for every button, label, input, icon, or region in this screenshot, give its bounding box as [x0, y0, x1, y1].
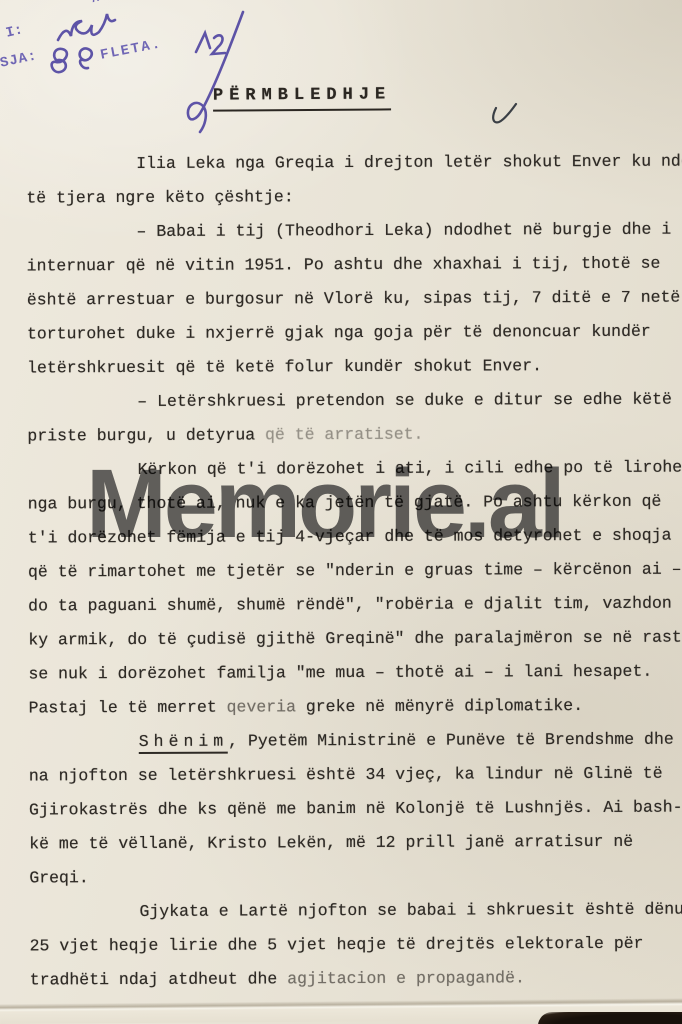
- document-line: letërshkruesit që të ketë folur kundër s…: [27, 349, 682, 386]
- document-line: se nuk i dorëzohet familja "me mua – tho…: [28, 655, 682, 692]
- document-body: Ilia Leka nga Greqia i drejton letër sho…: [26, 145, 682, 998]
- document-page: AN I: SJA: FLETA. PËRMBLEDHJE Ilia Leka …: [0, 0, 682, 1024]
- document-line: – Letërshkruesi pretendon se duke e ditu…: [27, 383, 682, 420]
- document-line: Pastaj le të merret qeveria greke në mën…: [29, 689, 682, 726]
- document-line: nga burgu, thotë ai, nuk e ka jetën të g…: [28, 485, 682, 522]
- check-mark-icon: [460, 90, 540, 140]
- document-line: Gjirokastrës dhe ks qënë me banim në Kol…: [29, 791, 682, 828]
- document-line: që të rimartohet me tjetër se "nderin e …: [28, 553, 682, 590]
- document-line: na njofton se letërshkruesi është 34 vje…: [29, 757, 682, 794]
- document-line: kë me të vëllanë, Kristo Lekën, më 12 pr…: [29, 825, 682, 862]
- document-line: internuar që në vitin 1951. Po ashtu dhe…: [27, 247, 682, 284]
- document-line: tradhëti ndaj atdheut dhe agjitacion e p…: [30, 961, 682, 998]
- document-line: Kërkon që t'i dorëzohet i ati, i cili ed…: [27, 451, 682, 488]
- document-line: do ta paguani shumë, shumë rëndë", "robë…: [28, 587, 682, 624]
- document-line: torturohet duke i nxjerrë gjak nga goja …: [27, 315, 682, 352]
- document-line: priste burgu, u detyrua që të arratiset.: [27, 417, 682, 454]
- document-line: ky armik, do të çudisë gjithë Greqinë" d…: [28, 621, 682, 658]
- document-line: Gjykata e Lartë njofton se babai i shkru…: [29, 893, 682, 930]
- document-line: – Babai i tij (Theodhori Leka) ndodhet n…: [26, 213, 682, 250]
- document-line: Greqi.: [29, 859, 682, 896]
- document-line: t'i dorëzohet fëmija e tij 4-vjeçar dhe …: [28, 519, 682, 556]
- photo-dark-corner: [538, 1012, 682, 1024]
- document-line: Shënim, Pyetëm Ministrinë e Punëve të Br…: [29, 723, 682, 760]
- handwritten-marks: [0, 0, 300, 150]
- document-line: 25 vjet heqje lirie dhe 5 vjet heqje të …: [30, 927, 682, 964]
- document-line: Ilia Leka nga Greqia i drejton letër sho…: [26, 145, 682, 182]
- document-line: të tjera ngre këto çështje:: [26, 179, 682, 216]
- document-line: është arrestuar e burgosur në Vlorë ku, …: [27, 281, 682, 318]
